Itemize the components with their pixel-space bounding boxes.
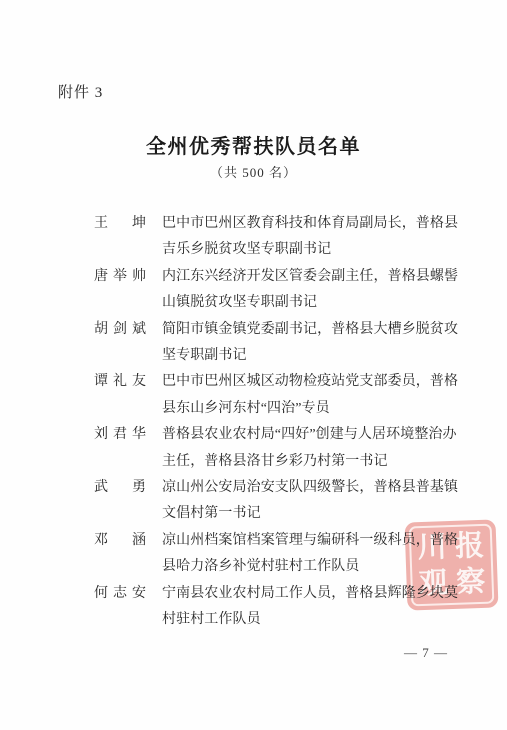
member-list: 王坤 巴中市巴州区教育科技和体育局副局长，普格县吉乐乡脱贫攻坚专职副书记 唐举帅… bbox=[94, 211, 459, 634]
member-desc-line: 吉乐乡脱贫攻坚专职副书记 bbox=[162, 237, 459, 263]
member-desc-line: 内江东兴经济开发区管委会副主任，普格县螺髻 bbox=[162, 264, 459, 290]
member-name: 胡剑斌 bbox=[94, 317, 146, 343]
attachment-label: 附件 3 bbox=[58, 81, 103, 102]
member-desc-line: 县东山乡河东村“四治”专员 bbox=[162, 396, 459, 422]
member-name-char: 安 bbox=[132, 581, 146, 607]
member-desc: 凉山州公安局治安支队四级警长，普格县普基镇文倡村第一书记 bbox=[162, 475, 459, 528]
member-name-char: 王 bbox=[94, 211, 108, 237]
member-name-char: 剑 bbox=[113, 317, 127, 343]
member-name-char: 邓 bbox=[94, 528, 108, 554]
member-name-char: 斌 bbox=[132, 317, 146, 343]
member-desc-line: 村驻村工作队员 bbox=[162, 607, 459, 633]
member-desc: 普格县农业农村局“四好”创建与人居环境整治办主任，普格县洛甘乡彩乃村第一书记 bbox=[162, 422, 459, 475]
member-desc-line: 普格县农业农村局“四好”创建与人居环境整治办 bbox=[162, 422, 459, 448]
member-desc: 内江东兴经济开发区管委会副主任，普格县螺髻山镇脱贫攻坚专职副书记 bbox=[162, 264, 459, 317]
member-name: 何志安 bbox=[94, 581, 146, 607]
member-name: 刘君华 bbox=[94, 422, 146, 448]
member-name-char: 友 bbox=[132, 369, 146, 395]
member-desc-line: 县哈力洛乡补觉村驻村工作队员 bbox=[162, 554, 459, 580]
member-name-char: 礼 bbox=[113, 369, 127, 395]
member-desc: 巴中市巴州区教育科技和体育局副局长，普格县吉乐乡脱贫攻坚专职副书记 bbox=[162, 211, 459, 264]
member-desc-line: 主任，普格县洛甘乡彩乃村第一书记 bbox=[162, 449, 459, 475]
member-name-char: 刘 bbox=[94, 422, 108, 448]
member-desc: 简阳市镇金镇党委副书记，普格县大槽乡脱贫攻坚专职副书记 bbox=[162, 317, 459, 370]
page-title: 全州优秀帮扶队员名单 bbox=[0, 130, 507, 159]
member-name-char: 举 bbox=[113, 264, 127, 290]
member-name-char: 君 bbox=[113, 422, 127, 448]
member-name-char: 谭 bbox=[94, 369, 108, 395]
member-desc-line: 宁南县农业农村局工作人员，普格县辉隆乡块莫 bbox=[162, 581, 459, 607]
list-item: 邓涵 凉山州档案馆档案管理与编研科一级科员，普格县哈力洛乡补觉村驻村工作队员 bbox=[94, 528, 459, 581]
member-desc: 宁南县农业农村局工作人员，普格县辉隆乡块莫村驻村工作队员 bbox=[162, 581, 459, 634]
member-desc: 凉山州档案馆档案管理与编研科一级科员，普格县哈力洛乡补觉村驻村工作队员 bbox=[162, 528, 459, 581]
member-name: 武勇 bbox=[94, 475, 146, 501]
list-item: 胡剑斌 简阳市镇金镇党委副书记，普格县大槽乡脱贫攻坚专职副书记 bbox=[94, 317, 459, 370]
member-name: 谭礼友 bbox=[94, 369, 146, 395]
member-name-char: 涵 bbox=[132, 528, 146, 554]
member-desc-line: 坚专职副书记 bbox=[162, 343, 459, 369]
member-name-char: 唐 bbox=[94, 264, 108, 290]
member-name: 唐举帅 bbox=[94, 264, 146, 290]
member-name-char: 坤 bbox=[132, 211, 146, 237]
member-name-char: 武 bbox=[94, 475, 108, 501]
list-item: 谭礼友 巴中市巴州区城区动物检疫站党支部委员，普格县东山乡河东村“四治”专员 bbox=[94, 369, 459, 422]
list-item: 何志安 宁南县农业农村局工作人员，普格县辉隆乡块莫村驻村工作队员 bbox=[94, 581, 459, 634]
list-item: 刘君华 普格县农业农村局“四好”创建与人居环境整治办主任，普格县洛甘乡彩乃村第一… bbox=[94, 422, 459, 475]
member-desc-line: 凉山州档案馆档案管理与编研科一级科员，普格 bbox=[162, 528, 459, 554]
member-desc-line: 凉山州公安局治安支队四级警长，普格县普基镇 bbox=[162, 475, 459, 501]
member-name-char: 志 bbox=[113, 581, 127, 607]
member-desc-line: 山镇脱贫攻坚专职副书记 bbox=[162, 290, 459, 316]
member-name-char: 华 bbox=[132, 422, 146, 448]
member-name-char: 勇 bbox=[132, 475, 146, 501]
member-desc-line: 文倡村第一书记 bbox=[162, 501, 459, 527]
seal-char: 报 bbox=[455, 531, 485, 561]
member-desc-line: 巴中市巴州区城区动物检疫站党支部委员，普格 bbox=[162, 369, 459, 395]
member-name: 王坤 bbox=[94, 211, 146, 237]
member-name-char: 何 bbox=[94, 581, 108, 607]
member-name: 邓涵 bbox=[94, 528, 146, 554]
member-name-char: 胡 bbox=[94, 317, 108, 343]
member-desc-line: 巴中市巴州区教育科技和体育局副局长，普格县 bbox=[162, 211, 459, 237]
list-item: 唐举帅 内江东兴经济开发区管委会副主任，普格县螺髻山镇脱贫攻坚专职副书记 bbox=[94, 264, 459, 317]
list-item: 武勇 凉山州公安局治安支队四级警长，普格县普基镇文倡村第一书记 bbox=[94, 475, 459, 528]
member-desc-line: 简阳市镇金镇党委副书记，普格县大槽乡脱贫攻 bbox=[162, 317, 459, 343]
member-name-char: 帅 bbox=[132, 264, 146, 290]
seal-char: 察 bbox=[456, 567, 486, 597]
document-page: 附件 3 全州优秀帮扶队员名单 （共 500 名） 川 报 观 察 王坤 巴中市… bbox=[0, 0, 507, 730]
page-subtitle: （共 500 名） bbox=[0, 162, 507, 181]
list-item: 王坤 巴中市巴州区教育科技和体育局副局长，普格县吉乐乡脱贫攻坚专职副书记 bbox=[94, 211, 459, 264]
page-number: — 7 — bbox=[401, 645, 451, 661]
member-desc: 巴中市巴州区城区动物检疫站党支部委员，普格县东山乡河东村“四治”专员 bbox=[162, 369, 459, 422]
